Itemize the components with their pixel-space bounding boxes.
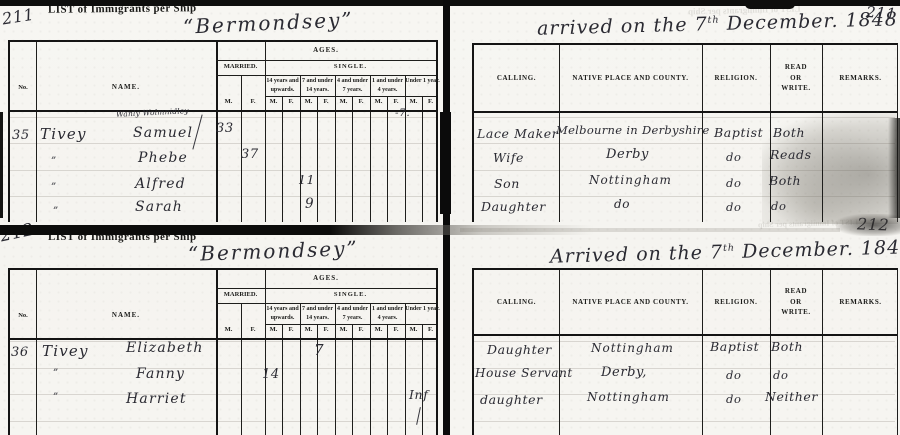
arrival-note-211: arrived on the 7th December. 1848 xyxy=(537,8,898,39)
arrival-ordinal: th xyxy=(707,15,719,26)
col-header-ages: AGES. xyxy=(216,46,436,54)
col-header-m: M. xyxy=(300,98,317,105)
col-header-age-group-4-7: 4 and under 7 years. xyxy=(335,77,370,96)
col-header-read-write: READ OR WRITE. xyxy=(770,45,822,111)
frame-gap-faint xyxy=(460,228,840,232)
religion-value: do xyxy=(726,368,742,382)
read-write-value: Both xyxy=(769,173,801,188)
read-write-value: do xyxy=(771,199,787,213)
age-single-7-14-f: 9 xyxy=(305,196,314,212)
rule xyxy=(422,96,423,222)
col-header-single: SINGLE. xyxy=(265,63,436,70)
passenger-given-name: Samuel xyxy=(133,125,193,141)
rule xyxy=(216,60,436,61)
rule xyxy=(216,75,436,76)
col-header-married: MARRIED. xyxy=(216,291,265,298)
arrival-pre: Arrived on the 7 xyxy=(550,241,724,268)
native-place-value: Nottingham xyxy=(587,390,670,404)
col-header-religion: RELIGION. xyxy=(702,270,770,334)
col-header-ages: AGES. xyxy=(216,274,436,282)
col-header-f: F. xyxy=(317,326,335,333)
passenger-no: 36 xyxy=(11,345,29,360)
ditto-mark: ” xyxy=(51,156,57,167)
col-header-m: M. xyxy=(335,98,352,105)
col-header-m: M. xyxy=(370,98,387,105)
col-header-f: F. xyxy=(241,98,265,105)
calling-value: Lace Maker xyxy=(477,126,558,141)
col-header-native-place: NATIVE PLACE AND COUNTY. xyxy=(559,270,702,334)
native-place-value: Melbourne in Derbyshire xyxy=(556,123,710,137)
col-header-age-group-14up: 14 years and upwards. xyxy=(265,77,300,96)
calling-value: Daughter xyxy=(481,199,546,214)
col-header-m: M. xyxy=(216,326,241,333)
film-edge-blob xyxy=(745,0,795,9)
col-header-age-group-4-7: 4 and under 7 years. xyxy=(335,305,370,324)
rule xyxy=(317,96,318,222)
col-header-calling: CALLING. xyxy=(474,45,559,111)
read-write-value: Both xyxy=(773,125,805,140)
rule xyxy=(265,96,436,97)
rule xyxy=(10,338,436,340)
read-write-value: Neither xyxy=(765,389,818,404)
passenger-surname: Tivey xyxy=(42,342,89,360)
calling-value: daughter xyxy=(480,392,543,407)
age-single-14up: 14 xyxy=(262,367,280,382)
col-header-remarks: REMARKS. xyxy=(822,270,899,334)
ship-name-212: “Bermondsey” xyxy=(188,236,359,266)
age-single-7-14-m: 11 xyxy=(298,172,315,187)
rule xyxy=(387,96,388,222)
rule xyxy=(422,324,423,435)
rule xyxy=(216,288,436,289)
rule xyxy=(352,96,353,222)
read-write-value: do xyxy=(773,368,789,382)
rule xyxy=(474,334,897,336)
col-header-age-group-1-4: 1 and under 4 years. xyxy=(370,305,405,324)
passenger-given-name: Phebe xyxy=(138,150,188,166)
religion-value: Baptist xyxy=(714,125,763,140)
col-header-m: M. xyxy=(265,98,282,105)
col-header-m: M. xyxy=(405,326,422,333)
passenger-given-name: Sarah xyxy=(135,199,183,215)
col-header-m: M. xyxy=(335,326,352,333)
col-header-name: NAME. xyxy=(36,311,216,319)
rule xyxy=(474,111,897,113)
calling-value: House Servant xyxy=(475,366,573,380)
rule xyxy=(36,270,37,435)
col-header-f: F. xyxy=(387,326,405,333)
col-header-m: M. xyxy=(405,98,422,105)
rule xyxy=(10,110,436,112)
col-header-m: M. xyxy=(216,98,241,105)
age-married-m: 33 xyxy=(216,121,234,136)
col-header-f: F. xyxy=(422,326,439,333)
col-header-age-group-1-4: 1 and under 4 years. xyxy=(370,77,405,96)
col-header-religion: RELIGION. xyxy=(702,45,770,111)
col-header-f: F. xyxy=(282,98,300,105)
religion-value: Baptist xyxy=(710,339,759,354)
col-header-age-group-7-14: 7 and under 14 years. xyxy=(300,305,335,324)
col-header-m: M. xyxy=(370,326,387,333)
col-header-f: F. xyxy=(352,98,370,105)
col-header-f: F. xyxy=(317,98,335,105)
stray-age-mark: -7. xyxy=(395,107,410,119)
passenger-given-name: Elizabeth xyxy=(126,340,204,356)
rule xyxy=(36,42,37,222)
arrival-pre: arrived on the 7 xyxy=(537,13,708,39)
native-place-value: Nottingham xyxy=(591,341,674,355)
col-header-married: MARRIED. xyxy=(216,63,265,70)
page-seam xyxy=(443,0,450,435)
age-under-1-f: Inf xyxy=(409,387,428,402)
ditto-mark: ” xyxy=(53,206,59,217)
calling-value: Wife xyxy=(493,150,524,165)
passenger-no: 35 xyxy=(12,128,30,143)
scanned-immigrant-list: 211 LIST of Immigrants per Ship LIST of … xyxy=(0,0,900,435)
rule xyxy=(282,96,283,222)
col-header-calling: CALLING. xyxy=(474,270,559,334)
rule xyxy=(387,324,388,435)
col-header-native-place: NATIVE PLACE AND COUNTY. xyxy=(559,45,702,111)
age-single-7-14-f: 7 xyxy=(314,341,324,359)
passenger-given-name: Fanny xyxy=(136,366,185,382)
col-header-f: F. xyxy=(387,98,405,105)
col-header-f: F. xyxy=(241,326,265,333)
arrival-note-212: Arrived on the 7th December. 1848 xyxy=(550,236,900,268)
col-header-single: SINGLE. xyxy=(265,291,436,298)
ditto-mark: ” xyxy=(51,182,57,193)
calling-value: Son xyxy=(494,176,520,191)
native-place-value: Nottingham xyxy=(589,173,672,187)
religion-value: do xyxy=(726,176,742,190)
calling-value: Daughter xyxy=(487,342,552,357)
passenger-given-name: Alfred xyxy=(135,176,186,192)
col-header-no: No. xyxy=(10,312,36,319)
rule xyxy=(282,324,283,435)
age-married-f: 37 xyxy=(241,147,259,162)
native-place-value: Derby xyxy=(606,147,649,162)
col-header-no: No. xyxy=(10,84,36,91)
ditto-mark: ” xyxy=(53,368,59,379)
passenger-surname: Tivey xyxy=(40,125,87,143)
col-header-age-group-7-14: 7 and under 14 years. xyxy=(300,77,335,96)
col-header-name: NAME. xyxy=(36,83,216,91)
rule xyxy=(216,303,436,304)
film-edge-left xyxy=(0,112,3,218)
col-header-f: F. xyxy=(282,326,300,333)
col-header-m: M. xyxy=(300,326,317,333)
col-header-age-group-14up: 14 years and upwards. xyxy=(265,305,300,324)
native-place-value: Derby, xyxy=(601,365,647,380)
page-seam-wide xyxy=(440,112,451,214)
native-place-value: do xyxy=(614,197,630,211)
col-header-age-group-under1: Under 1 year. xyxy=(405,77,440,96)
col-header-m: M. xyxy=(265,326,282,333)
col-header-f: F. xyxy=(422,98,439,105)
passenger-given-name: Harriet xyxy=(126,391,187,407)
arrival-post: December. 1848 xyxy=(735,236,900,263)
col-header-remarks: REMARKS. xyxy=(822,45,899,111)
religion-value: do xyxy=(726,392,742,406)
rule xyxy=(241,303,242,435)
rule xyxy=(352,324,353,435)
religion-value: do xyxy=(726,200,742,214)
page-number-left-211: 211 xyxy=(1,5,36,29)
read-write-value: Reads xyxy=(770,147,812,162)
col-header-age-group-under1: Under 1 year. xyxy=(405,305,440,324)
religion-value: do xyxy=(726,150,742,164)
col-header-f: F. xyxy=(352,326,370,333)
rule xyxy=(265,324,436,325)
read-write-value: Both xyxy=(771,339,803,354)
col-header-read-write: READ OR WRITE. xyxy=(770,270,822,334)
ship-name-211: “Bermondsey” xyxy=(183,7,355,38)
arrival-ordinal: th xyxy=(723,243,735,254)
ditto-mark: ” xyxy=(53,392,59,403)
film-edge-right xyxy=(888,118,900,218)
